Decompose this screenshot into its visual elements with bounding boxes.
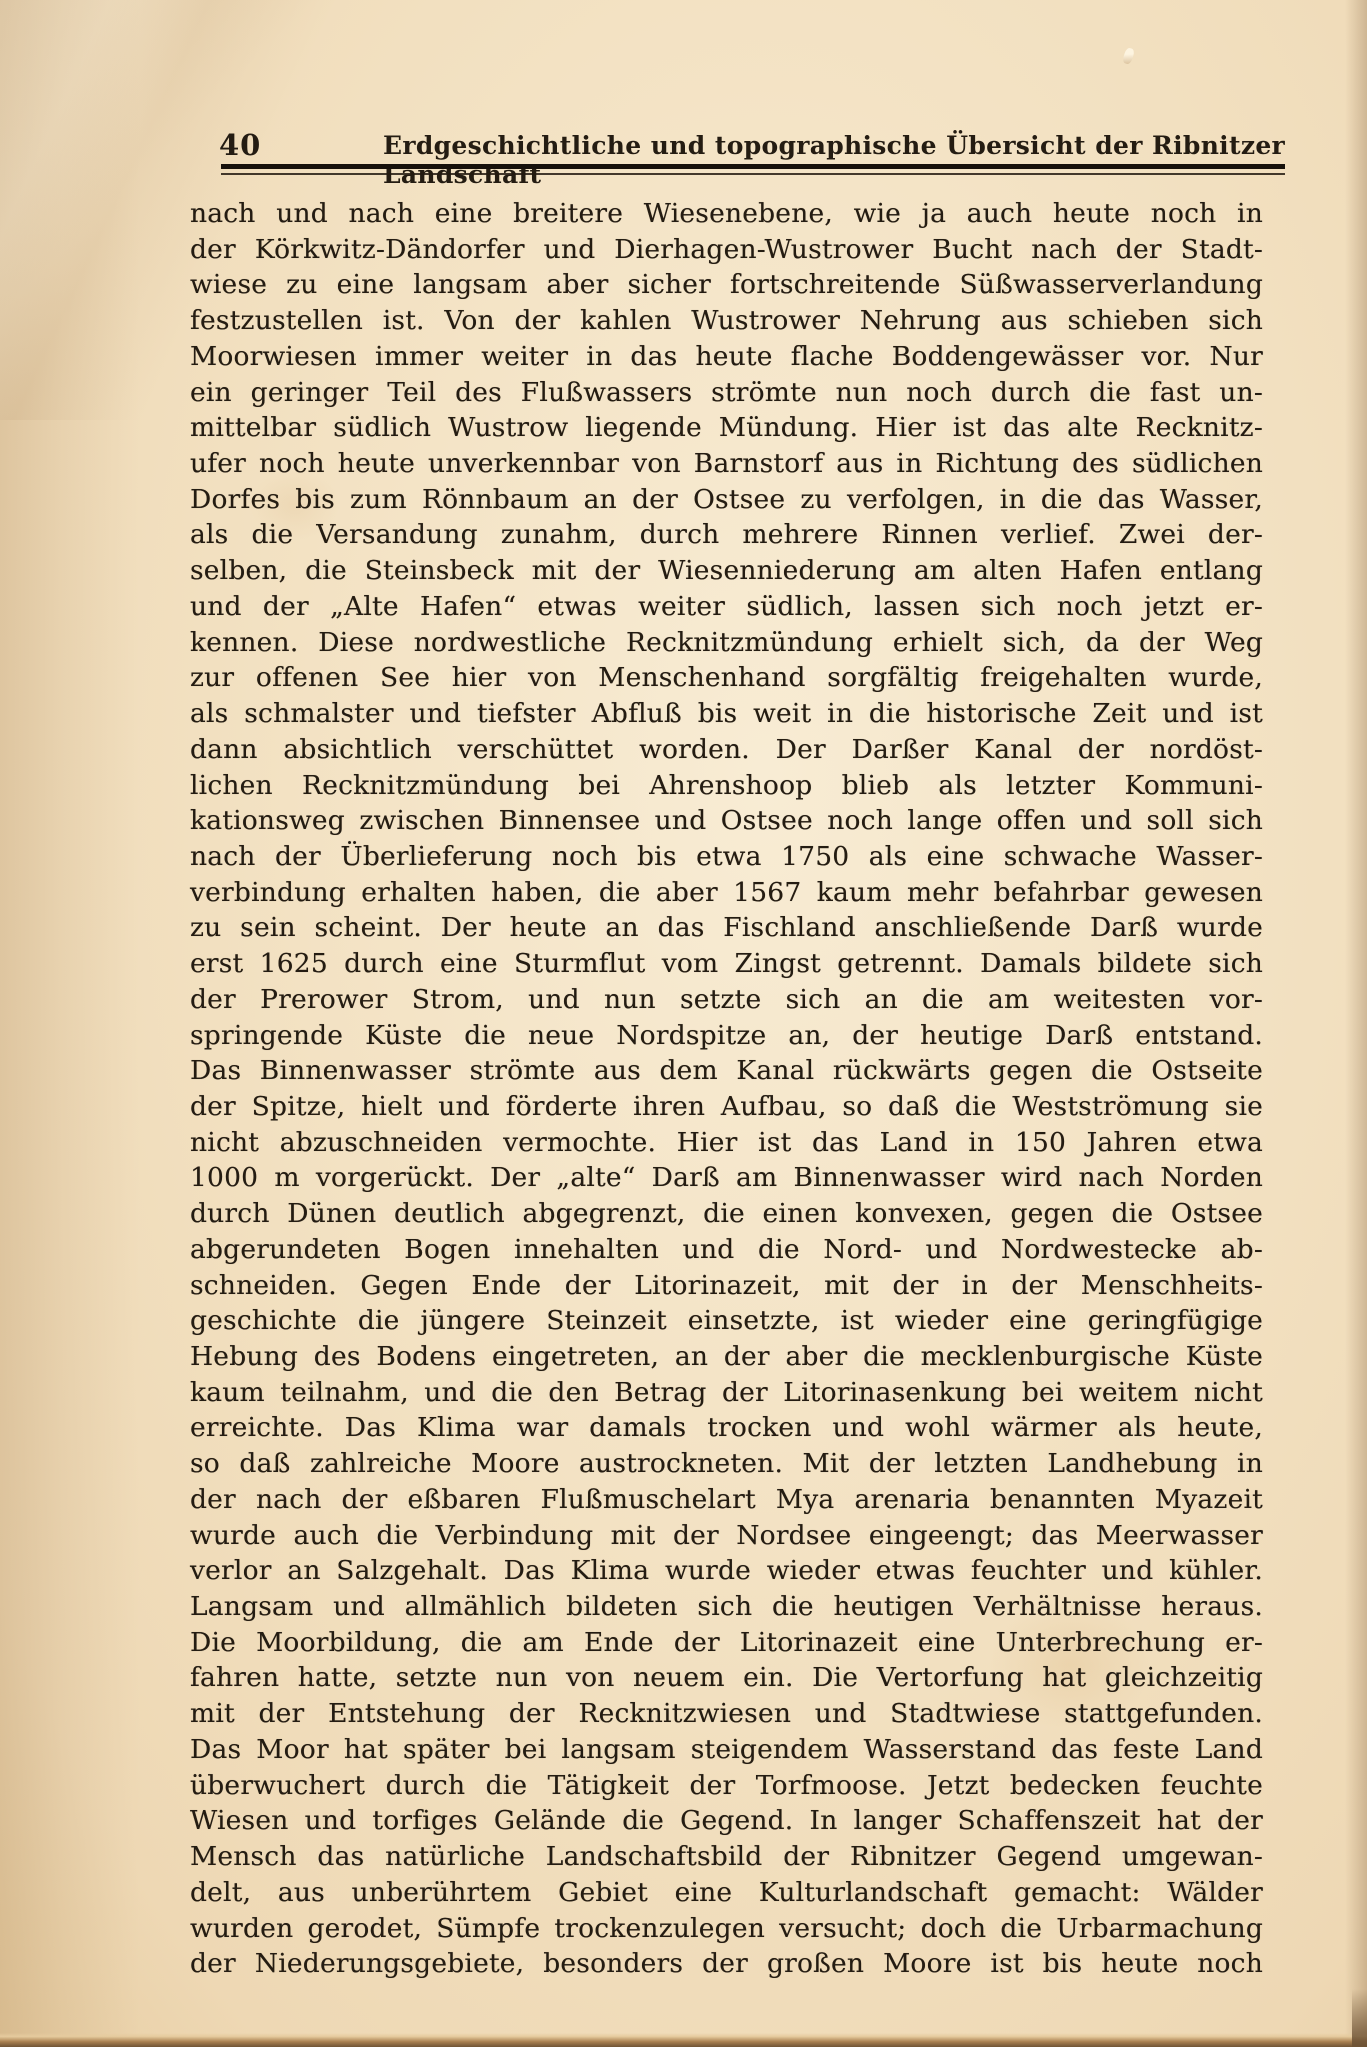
text-line: erst 1625 durch eine Sturmflut vom Zings… (190, 946, 1263, 982)
text-line: zur offenen See hier von Menschenhand so… (190, 660, 1263, 696)
text-line: Die Moorbildung, die am Ende der Litorin… (190, 1625, 1263, 1661)
scan-edge-right-shading (1345, 0, 1367, 2047)
book-page: 40 Erdgeschichtliche und topographische … (0, 0, 1367, 2047)
text-line: der Niederungsgebiete, besonders der gro… (190, 1946, 1263, 1982)
text-line: ein geringer Teil des Flußwassers strömt… (190, 375, 1263, 411)
text-line: wiese zu eine langsam aber sicher fortsc… (190, 267, 1263, 303)
text-line: geschichte die jüngere Steinzeit einsetz… (190, 1303, 1263, 1339)
page-number: 40 (219, 128, 261, 162)
text-line: ufer noch heute unverkennbar von Barnsto… (190, 446, 1263, 482)
text-line: delt, aus unberührtem Gebiet eine Kultur… (190, 1875, 1263, 1911)
text-line: fahren hatte, setzte nun von neuem ein. … (190, 1660, 1263, 1696)
text-line: selben, die Steinsbeck mit der Wiesennie… (190, 553, 1263, 589)
text-line: Dorfes bis zum Rönnbaum an der Ostsee zu… (190, 482, 1263, 518)
header-rule-thick-line (221, 164, 1285, 169)
text-line: Mensch das natürliche Landschaftsbild de… (190, 1839, 1263, 1875)
scan-edge-bottom (0, 2033, 1367, 2047)
text-line: Das Binnenwasser strömte aus dem Kanal r… (190, 1053, 1263, 1089)
text-line: kennen. Diese nordwestliche Recknitzmünd… (190, 625, 1263, 661)
text-line: so daß zahlreiche Moore austrockneten. M… (190, 1446, 1263, 1482)
text-line: mit der Entstehung der Recknitzwiesen un… (190, 1696, 1263, 1732)
text-line: Moorwiesen immer weiter in das heute fla… (190, 339, 1263, 375)
scan-edge-left-shading (0, 0, 140, 2047)
scan-corner-bottom-right (1352, 1989, 1367, 2047)
text-line: überwuchert durch die Tätigkeit der Torf… (190, 1768, 1263, 1804)
text-line: kaum teilnahm, und die den Betrag der Li… (190, 1375, 1263, 1411)
text-line: festzustellen ist. Von der kahlen Wustro… (190, 303, 1263, 339)
text-line: Hebung des Bodens eingetreten, an der ab… (190, 1339, 1263, 1375)
text-line: Das Moor hat später bei langsam steigend… (190, 1732, 1263, 1768)
text-line: abgerundeten Bogen innehalten und die No… (190, 1232, 1263, 1268)
text-line: Wiesen und torfiges Gelände die Gegend. … (190, 1803, 1263, 1839)
text-line: verbindung erhalten haben, die aber 1567… (190, 875, 1263, 911)
header-rule-thin-line (221, 173, 1285, 175)
text-line: 1000 m vorgerückt. Der „alte“ Darß am Bi… (190, 1160, 1263, 1196)
text-line: nach und nach eine breitere Wiesenebene,… (190, 196, 1263, 232)
paper-speck (1122, 47, 1136, 65)
text-line: und der „Alte Hafen“ etwas weiter südlic… (190, 589, 1263, 625)
text-line: schneiden. Gegen Ende der Litorinazeit, … (190, 1268, 1263, 1304)
text-line: wurde auch die Verbindung mit der Nordse… (190, 1518, 1263, 1554)
text-line: der nach der eßbaren Flußmuschelart Mya … (190, 1482, 1263, 1518)
text-line: wurden gerodet, Sümpfe trockenzulegen ve… (190, 1911, 1263, 1947)
text-line: lichen Recknitzmündung bei Ahrenshoop bl… (190, 768, 1263, 804)
text-line: kationsweg zwischen Binnensee und Ostsee… (190, 803, 1263, 839)
text-line: springende Küste die neue Nordspitze an,… (190, 1018, 1263, 1054)
text-line: durch Dünen deutlich abgegrenzt, die ein… (190, 1196, 1263, 1232)
text-line: dann absichtlich verschüttet worden. Der… (190, 732, 1263, 768)
text-line: als die Versandung zunahm, durch mehrere… (190, 517, 1263, 553)
text-line: erreichte. Das Klima war damals trocken … (190, 1410, 1263, 1446)
text-line: der Körkwitz-Dändorfer und Dierhagen-Wus… (190, 232, 1263, 268)
text-line: Langsam und allmählich bildeten sich die… (190, 1589, 1263, 1625)
text-line: der Spitze, hielt und förderte ihren Auf… (190, 1089, 1263, 1125)
text-line: der Prerower Strom, und nun setzte sich … (190, 982, 1263, 1018)
header-rule (221, 164, 1285, 175)
text-line: zu sein scheint. Der heute an das Fischl… (190, 910, 1263, 946)
text-line: nicht abzuschneiden vermochte. Hier ist … (190, 1125, 1263, 1161)
running-header-title: Erdgeschichtliche und topographische Übe… (383, 131, 1285, 189)
text-line: mittelbar südlich Wustrow liegende Mündu… (190, 410, 1263, 446)
body-text-block: nach und nach eine breitere Wiesenebene,… (190, 196, 1263, 1982)
text-line: nach der Überlieferung noch bis etwa 175… (190, 839, 1263, 875)
text-line: verlor an Salzgehalt. Das Klima wurde wi… (190, 1553, 1263, 1589)
text-line: als schmalster und tiefster Abfluß bis w… (190, 696, 1263, 732)
